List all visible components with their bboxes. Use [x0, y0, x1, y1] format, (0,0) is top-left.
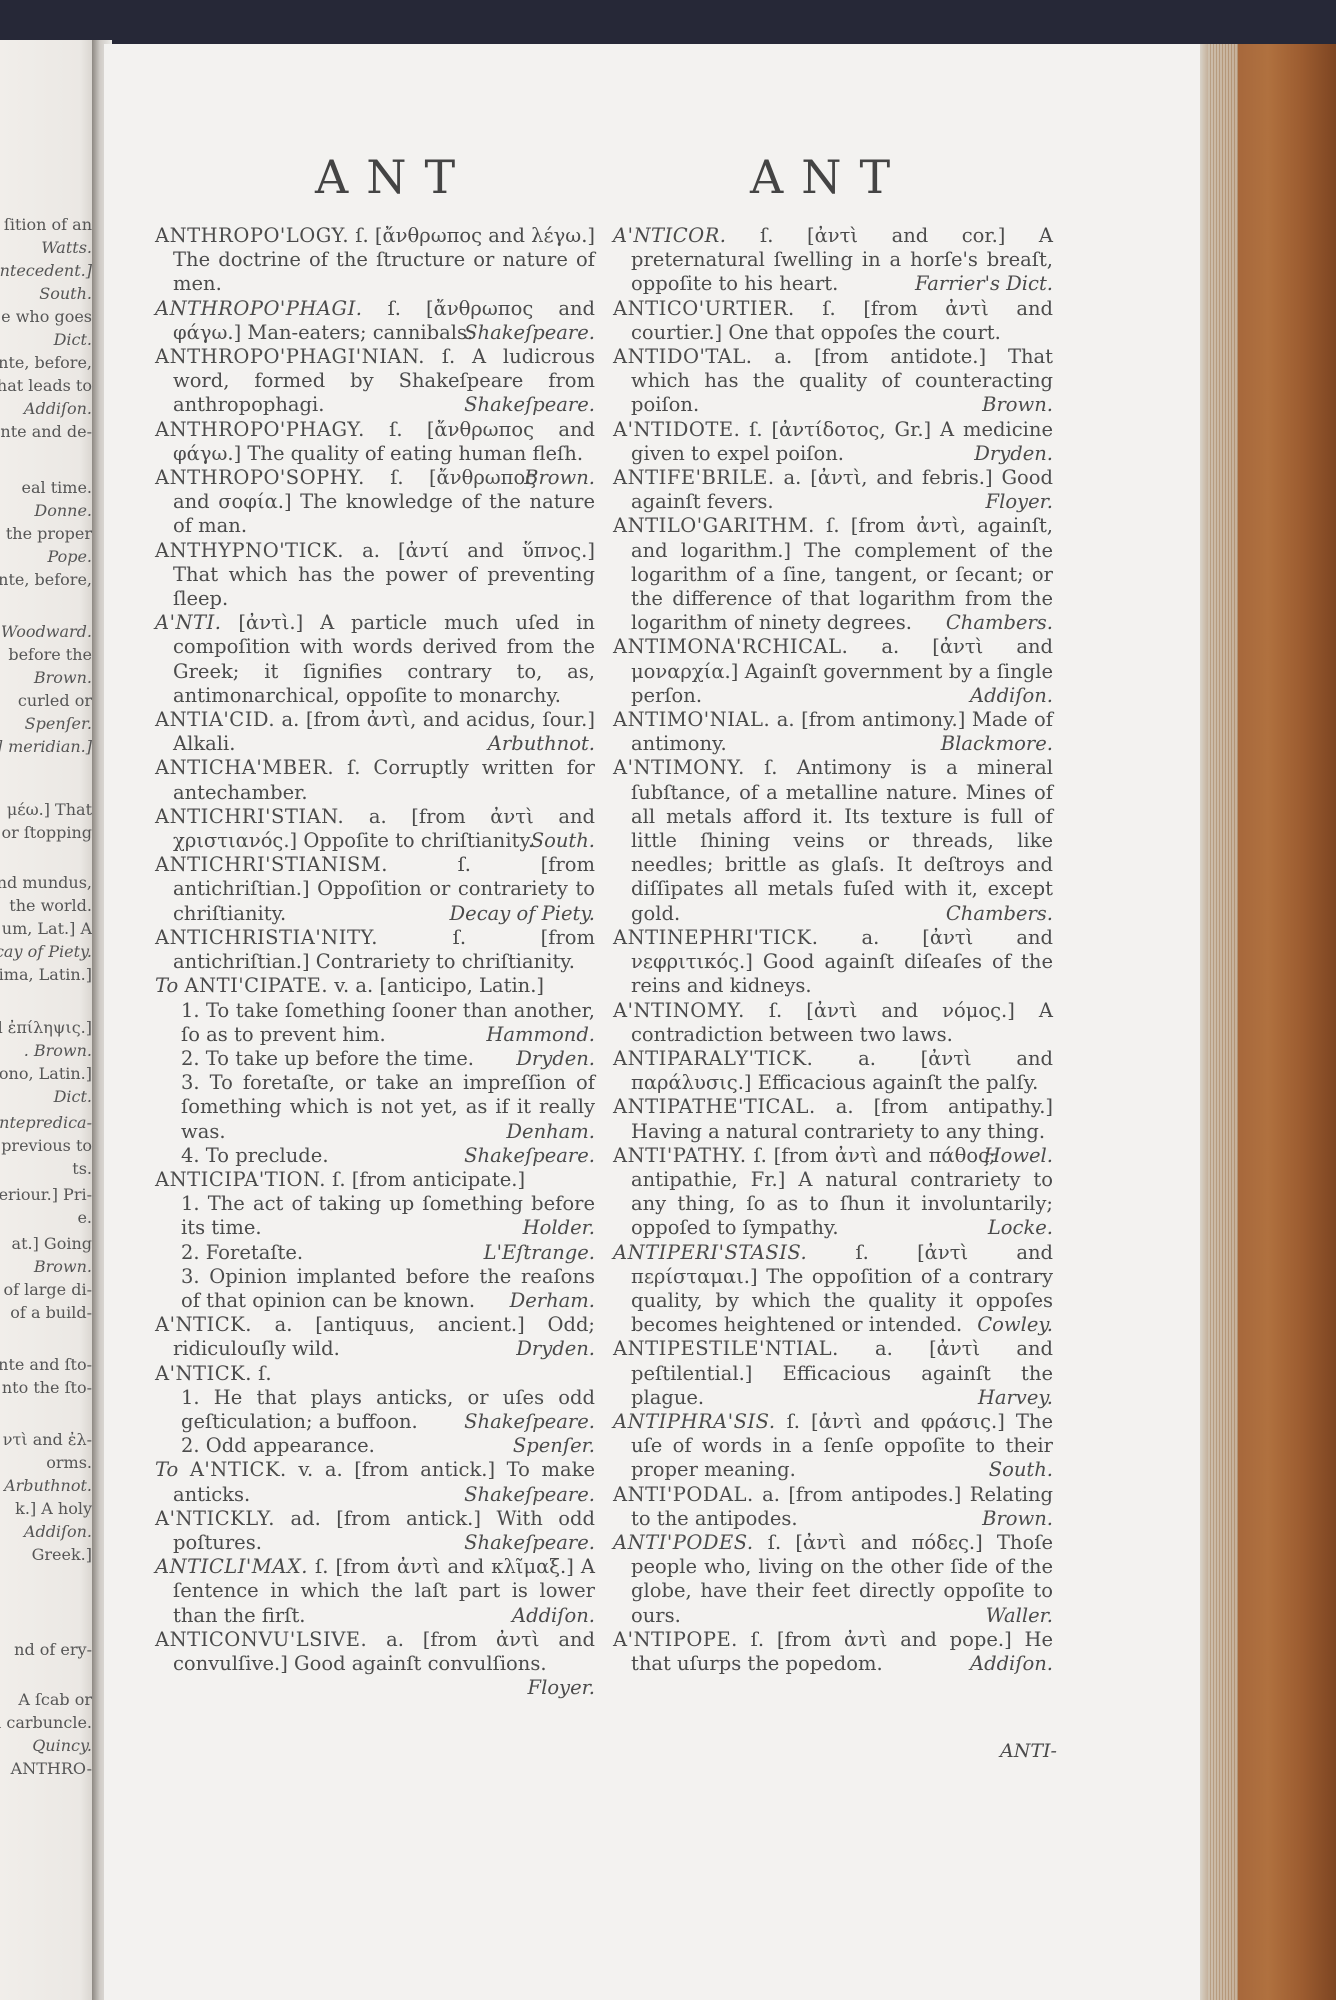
dictionary-entry: To A'NTICK. v. a. [from antick.] To make… — [155, 1458, 595, 1506]
headword: ANTIPESTILE'NTIAL. — [613, 1337, 839, 1360]
headword: ANTICLI'MAX. — [155, 1555, 308, 1578]
headword: ANTIPATHE'TICAL. — [613, 1095, 816, 1118]
headword: ANTHROPO'PHAGY. — [155, 418, 365, 441]
left-page-fragment: Pope. — [47, 547, 92, 566]
page-leaves — [1208, 44, 1238, 2000]
dictionary-entry: ANTIA'CID. a. [from ἀντὶ, and acidus, ſo… — [155, 708, 595, 756]
facing-left-page: ſition of anWatts.antecedent.]South.e wh… — [0, 40, 100, 2000]
dictionary-entry: ANTICLI'MAX. ſ. [from ἀντὶ and κλῖμαξ.] … — [155, 1555, 595, 1628]
dictionary-entry: ANTIPESTILE'NTIAL. a. [ἀντὶ and peſtilen… — [613, 1337, 1053, 1410]
citation-author: Chambers. — [958, 902, 1053, 926]
headword: A'NTICOR. — [613, 224, 727, 247]
headword: A'NTICKLY. — [155, 1507, 275, 1530]
headword: ANTICONVU'LSIVE. — [155, 1628, 367, 1651]
dictionary-entry: ANTHYPNO'TICK. a. [ἀντί and ὕπνος.] That… — [155, 539, 595, 612]
left-page-fragment: e who goes — [1, 307, 92, 326]
left-page-fragment: eriour.] Pri- — [0, 1185, 92, 1204]
headword: ANTI'PATHY. — [613, 1144, 747, 1167]
left-page-fragment: or ſtopping — [2, 823, 93, 842]
citation-author: Spenſer. — [507, 1434, 595, 1458]
dictionary-entry: ANTICHRI'STIAN. a. [from ἀντὶ and χριστι… — [155, 805, 595, 853]
left-page-fragment: Spenſer. — [25, 714, 92, 733]
left-page-fragment: of a build- — [10, 1303, 92, 1322]
sense-text: 2. To take up before the time. — [181, 1047, 474, 1070]
definition-sense: 3. To foretaſte, or take an impreſſion o… — [173, 1071, 595, 1144]
citation-author: Howel. — [996, 1144, 1053, 1168]
headword: A'NTICK. — [155, 1362, 252, 1385]
left-page-fragment: nto the ſto- — [2, 1378, 92, 1397]
dictionary-entry: ANTIMO'NIAL. a. [from antimony.] Made of… — [613, 708, 1053, 756]
definition-sense: 4. To preclude.Shakeſpeare. — [173, 1144, 595, 1168]
headword: ANTILO'GARITHM. — [613, 514, 815, 537]
dictionary-entry: ANTHROPO'SOPHY. ſ. [ἄνθρωπος and σοφία.]… — [155, 466, 595, 539]
catchword: ANTI- — [1000, 1740, 1057, 1762]
dictionary-entry: A'NTICKLY. ad. [from antick.] With odd p… — [155, 1507, 595, 1555]
citation-author: Holder. — [517, 1216, 595, 1240]
dictionary-entry: To ANTI'CIPATE. v. a. [anticipo, Latin.]… — [155, 974, 595, 1168]
citation-author: Shakeſpeare. — [458, 1144, 595, 1168]
headword: ANTIPERI'STASIS. — [613, 1241, 807, 1264]
left-page-fragment: ANTHRO- — [11, 1759, 92, 1778]
left-page-fragment: a carbuncle. — [0, 1713, 92, 1732]
citation-author: Decay of Piety. — [462, 902, 595, 926]
left-page-fragment: Dict. — [54, 330, 92, 349]
citation-author: Floyer. — [540, 1676, 595, 1700]
left-page-fragment: ſition of an — [4, 215, 92, 234]
entry-prefix: To — [155, 1458, 190, 1481]
headword: ANTICHA'MBER. — [155, 756, 334, 779]
left-page-fragment: ima, Latin.] — [0, 965, 92, 984]
citation-author: Brown. — [994, 393, 1053, 417]
left-page-fragment: ante, before, — [0, 570, 92, 589]
headword: ANTHROPO'LOGY. — [155, 224, 349, 247]
dictionary-entry: ANTHROPO'PHAGY. ſ. [ἄνθρωπος and φάγω.] … — [155, 418, 595, 466]
dictionary-entry: ANTIFE'BRILE. a. [ἀντὶ, and febris.] Goo… — [613, 466, 1053, 514]
dictionary-entry: ANTICHRI'STIANISM. ſ. [from antichriſtia… — [155, 853, 595, 926]
left-page-fragment: antecedent.] — [0, 261, 92, 280]
headword: ANTHROPO'PHAGI. — [155, 297, 362, 320]
dictionary-entry: ANTILO'GARITHM. ſ. [from ἀντὶ, againſt, … — [613, 514, 1053, 635]
citation-author: Shakeſpeare. — [476, 1531, 595, 1555]
headword: A'NTIDOTE. — [613, 418, 740, 441]
dictionary-entry: ANTHROPO'PHAGI. ſ. [ἄνθρωπος and φάγω.] … — [155, 297, 595, 345]
running-head-right: ANT — [750, 150, 908, 204]
citation-author: Denham. — [500, 1120, 595, 1144]
dictionary-entry: A'NTI. [ἀντὶ.] A particle much uſed in c… — [155, 611, 595, 708]
left-page-fragment: nte and ſto- — [0, 1355, 92, 1374]
citation-author: Locke. — [1000, 1216, 1053, 1240]
citation-author: Brown. — [536, 466, 595, 490]
left-page-fragment: d ἐπίληψις.] — [0, 1018, 92, 1037]
headword: ANTI'PODAL. — [613, 1483, 754, 1506]
citation-author: Dryden. — [528, 1337, 595, 1361]
headword: ANTIPARALY'TICK. — [613, 1047, 813, 1070]
left-page-fragment: Greek.] — [32, 1545, 92, 1564]
definition: [ἀντὶ.] A particle much uſed in compoſit… — [173, 611, 595, 707]
headword: ANTIPHRA'SIS. — [613, 1410, 776, 1433]
definition: ſ. [from anticipate.] — [332, 1168, 525, 1191]
left-page-fragment: cay of Piety. — [0, 942, 92, 961]
dictionary-entry: ANTICONVU'LSIVE. a. [from ἀντὶ and convu… — [155, 1628, 595, 1676]
left-page-fragment: Dict. — [54, 1087, 92, 1106]
citation-author: Derham. — [504, 1289, 595, 1313]
left-page-fragment: ντὶ and ἐλ- — [3, 1430, 92, 1449]
dictionary-entry: ANTICO'URTIER. ſ. [from ἀντὶ and courtie… — [613, 297, 1053, 345]
sense-text: 4. To preclude. — [181, 1144, 329, 1167]
left-page-fragment: e. — [77, 1208, 92, 1227]
citation-author: Dryden. — [986, 442, 1053, 466]
left-column: ANTHROPO'LOGY. ſ. [ἄνθρωπος and λέγω.] T… — [155, 224, 595, 1700]
citation-author: Shakeſpeare. — [476, 321, 595, 345]
definition: ſ. — [258, 1362, 271, 1385]
left-page-fragment: [antepredica- — [0, 1113, 92, 1132]
dictionary-entry: ANTIMONA'RCHICAL. a. [ἀντὶ and μοναρχία.… — [613, 635, 1053, 708]
headword: ANTIMONA'RCHICAL. — [613, 635, 848, 658]
headword: A'NTICK. — [190, 1458, 287, 1481]
dictionary-entry: ANTIPARALY'TICK. a. [ἀντὶ and παράλυσις.… — [613, 1047, 1053, 1095]
left-page-fragment: Brown. — [34, 1257, 92, 1276]
citation-author: Arbuthnot. — [500, 732, 595, 756]
headword: A'NTIMONY. — [613, 756, 745, 779]
headword: ANTIMO'NIAL. — [613, 708, 770, 731]
dictionary-entry: ANTIDO'TAL. a. [from antidote.] That whi… — [613, 345, 1053, 418]
left-page-fragment: Addiſon. — [24, 399, 92, 418]
left-page-fragment: A ſcab or — [18, 1690, 92, 1709]
citation-author: South. — [1001, 1458, 1053, 1482]
citation-author: Farrier's Dict. — [927, 272, 1053, 296]
citation-author: Chambers. — [958, 611, 1053, 635]
dictionary-entry: ANTINEPHRI'TICK. a. [ἀντὶ and νεφριτικός… — [613, 926, 1053, 999]
left-page-fragment: hat leads to — [0, 376, 92, 395]
citation-author: Shakeſpeare. — [476, 1483, 595, 1507]
running-head-left: ANT — [315, 150, 473, 204]
left-page-fragment: South. — [39, 284, 92, 303]
headword: ANTICIPA'TION. — [155, 1168, 326, 1191]
sense-text: 2. Foretaſte. — [181, 1241, 303, 1264]
left-page-fragment: Brown. — [34, 668, 92, 687]
dictionary-entry: A'NTICK. ſ.1. He that plays anticks, or … — [155, 1362, 595, 1459]
headword: ANTICHRISTIA'NITY. — [155, 926, 378, 949]
dictionary-entry: ANTICHRISTIA'NITY. ſ. [from antichriſtia… — [155, 926, 595, 974]
left-page-fragment: ante and de- — [0, 422, 92, 441]
headword: A'NTI. — [155, 611, 221, 634]
left-page-fragment: Addiſon. — [24, 1522, 92, 1541]
left-page-fragment: Watts. — [41, 238, 92, 257]
left-page-fragment: before the — [8, 645, 92, 664]
citation-author: Brown. — [994, 1507, 1053, 1531]
right-column: A'NTICOR. ſ. [ἀντὶ and cor.] A preternat… — [613, 224, 1053, 1676]
dictionary-entry: ANTI'PATHY. ſ. [from ἀντὶ and πάθος; ant… — [613, 1144, 1053, 1241]
left-page-fragment: of large di- — [3, 1280, 92, 1299]
headword: ANTICO'URTIER. — [613, 297, 795, 320]
left-page-fragment: orms. — [46, 1453, 92, 1472]
left-page-fragment: . Brown. — [24, 1041, 92, 1060]
headword: ANTICHRI'STIAN. — [155, 805, 344, 828]
definition-sense: 2. To take up before the time.Dryden. — [173, 1047, 595, 1071]
left-page-fragment: d meridian.] — [0, 737, 92, 756]
citation-author: Harvey. — [990, 1386, 1053, 1410]
citation-author: Hammond. — [480, 1023, 595, 1047]
dictionary-entry: A'NTIDOTE. ſ. [ἀντίδοτος, Gr.] A medicin… — [613, 418, 1053, 466]
left-page-fragment: the proper — [6, 524, 92, 543]
citation-author: Addiſon. — [982, 684, 1053, 708]
left-page-fragment: ono, Latin.] — [0, 1064, 92, 1083]
left-page-fragment: at.] Going — [12, 1234, 92, 1253]
left-page-fragment: um, Lat.] A — [2, 919, 92, 938]
citation-author: Shakeſpeare. — [458, 1410, 595, 1434]
left-page-fragment: Woodward. — [1, 622, 92, 641]
left-page-fragment: Donne. — [34, 501, 92, 520]
headword: ANTHROPO'PHAGI'NIAN. — [155, 345, 425, 368]
dictionary-entry: ANTI'PODES. ſ. [ἀντὶ and πόδες.] Thoſe p… — [613, 1531, 1053, 1628]
definition-sense: 2. Odd appearance.Spenſer. — [173, 1434, 595, 1458]
left-page-fragment: Arbuthnot. — [4, 1476, 92, 1495]
citation-author: Shakeſpeare. — [476, 393, 595, 417]
definition-sense: 3. Opinion implanted before the reaſons … — [173, 1265, 595, 1313]
citation-author: Blackmore. — [953, 732, 1053, 756]
headword: ANTIA'CID. — [155, 708, 275, 731]
dictionary-entry: A'NTICK. a. [antiquus, ancient.] Odd; ri… — [155, 1313, 595, 1361]
headword: ANTI'PODES. — [613, 1531, 754, 1554]
headword: ANTIDO'TAL. — [613, 345, 753, 368]
dictionary-entry: ANTICIPA'TION. ſ. [from anticipate.]1. T… — [155, 1168, 595, 1313]
left-page-fragment: Quincy. — [32, 1736, 92, 1755]
definition-sense: 1. The act of taking up ſomething before… — [173, 1192, 595, 1240]
dictionary-entry: A'NTINOMY. ſ. [ἀντὶ and νόμος.] A contra… — [613, 999, 1053, 1047]
dictionary-entry: A'NTIPOPE. ſ. [from ἀντὶ and pope.] He t… — [613, 1628, 1053, 1676]
left-page-fragment: μέω.] That — [7, 800, 92, 819]
dictionary-entry: ANTHROPO'PHAGI'NIAN. ſ. A ludicrous word… — [155, 345, 595, 418]
left-page-fragment: k.] A holy — [15, 1499, 92, 1518]
definition: v. a. [anticipo, Latin.] — [334, 974, 544, 997]
left-page-fragment: curled or — [18, 691, 92, 710]
definition-sense: 2. Foretaſte.L'Eſtrange. — [173, 1241, 595, 1265]
entry-prefix: To — [155, 974, 184, 997]
left-page-fragment: ante, before, — [0, 353, 92, 372]
left-page-fragment: previous to — [1, 1136, 92, 1155]
headword: A'NTIPOPE. — [613, 1628, 738, 1651]
headword: ANTI'CIPATE. — [184, 974, 328, 997]
dictionary-entry: A'NTICOR. ſ. [ἀντὶ and cor.] A preternat… — [613, 224, 1053, 297]
left-page-fragment: and mundus, — [0, 873, 92, 892]
left-page-fragment: nd of ery- — [14, 1640, 92, 1659]
headword: A'NTINOMY. — [613, 999, 745, 1022]
left-page-fragment: eal time. — [22, 478, 92, 497]
definition: ſ. Antimony is a mineral ſubſtance, of a… — [631, 756, 1053, 924]
book-fore-edge — [1200, 44, 1336, 2000]
citation-author: Waller. — [998, 1604, 1053, 1628]
sense-text: 2. Odd appearance. — [181, 1434, 375, 1457]
headword: ANTINEPHRI'TICK. — [613, 926, 818, 949]
citation-author: Addiſon. — [982, 1652, 1053, 1676]
citation-author: L'Eſtrange. — [478, 1241, 595, 1265]
left-page-fragment: the world. — [9, 896, 92, 915]
headword: ANTHROPO'SOPHY. — [155, 466, 365, 489]
definition-sense: 1. He that plays anticks, or uſes odd ge… — [173, 1386, 595, 1434]
dictionary-entry: ANTIPERI'STASIS. ſ. [ἀντὶ and περίσταμαι… — [613, 1241, 1053, 1338]
headword: ANTHYPNO'TICK. — [155, 539, 344, 562]
dictionary-entry: ANTI'PODAL. a. [from antipodes.] Relatin… — [613, 1483, 1053, 1531]
headword: ANTICHRI'STIANISM. — [155, 853, 388, 876]
left-page-fragment: ts. — [72, 1159, 92, 1178]
citation-author: Cowley. — [989, 1313, 1053, 1337]
citation-author: Dryden. — [510, 1047, 595, 1071]
dictionary-entry: ANTICHA'MBER. ſ. Corruptly written for a… — [155, 756, 595, 804]
dictionary-entry: ANTHROPO'LOGY. ſ. [ἄνθρωπος and λέγω.] T… — [155, 224, 595, 297]
dictionary-entry: A'NTIMONY. ſ. Antimony is a mineral ſubſ… — [613, 756, 1053, 925]
dictionary-entry: ANTIPATHE'TICAL. a. [from antipathy.] Ha… — [613, 1095, 1053, 1143]
citation-author: Floyer. — [998, 490, 1053, 514]
definition-sense: 1. To take ſomething ſooner than another… — [173, 999, 595, 1047]
dictionary-entry: ANTIPHRA'SIS. ſ. [ἀντὶ and φράσις.] The … — [613, 1410, 1053, 1483]
citation-author: South. — [543, 829, 595, 853]
citation-author: Addiſon. — [524, 1604, 595, 1628]
headword: A'NTICK. — [155, 1313, 252, 1336]
headword: ANTIFE'BRILE. — [613, 466, 775, 489]
